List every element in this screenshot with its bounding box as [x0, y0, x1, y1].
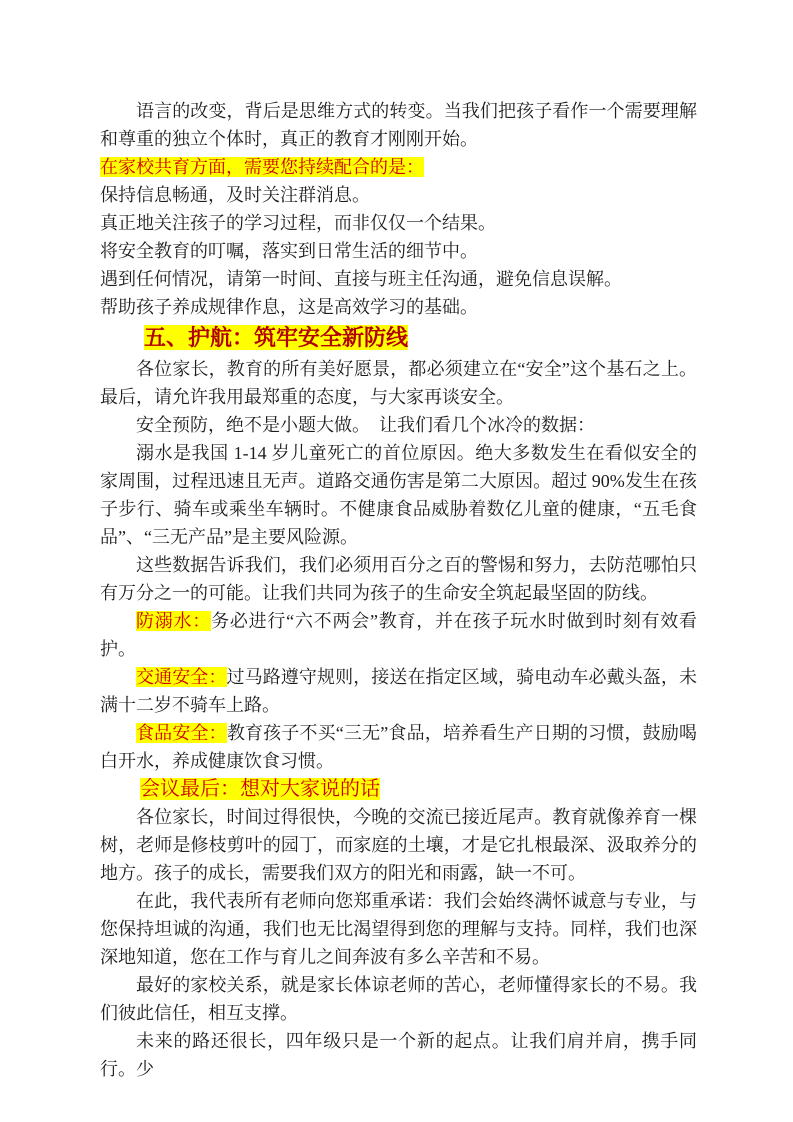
- cooperation-item: 帮助孩子养成规律作息，这是高效学习的基础。: [100, 293, 697, 321]
- section-paragraph: 这些数据告诉我们，我们必须用百分之百的警惕和努力，去防范哪怕只有万分之一的可能。…: [100, 551, 697, 607]
- closing-heading-highlight: 会议最后：想对大家说的话: [140, 778, 380, 800]
- closing-paragraph: 在此，我代表所有老师向您郑重承诺：我们会始终满怀诚意与专业，与您保持坦诚的沟通，…: [100, 887, 697, 971]
- section-heading-highlight: 五、护航：筑牢安全新防线: [144, 325, 408, 350]
- cooperation-item: 将安全教育的叮嘱，落实到日常生活的细节中。: [100, 237, 697, 265]
- closing-heading-line: 会议最后：想对大家说的话: [100, 775, 697, 803]
- cooperation-heading-line: 在家校共育方面，需要您持续配合的是：: [100, 153, 697, 181]
- safety-item-label: 防溺水：: [136, 611, 211, 631]
- safety-item-label: 食品安全：: [136, 723, 227, 743]
- safety-item-food: 食品安全：教育孩子不买“三无”食品，培养看生产日期的习惯，鼓励喝白开水，养成健康…: [100, 719, 697, 775]
- closing-paragraph: 各位家长，时间过得很快，今晚的交流已接近尾声。教育就像养育一棵树，老师是修枝剪叶…: [100, 803, 697, 887]
- cooperation-item: 遇到任何情况，请第一时间、直接与班主任沟通，避免信息误解。: [100, 265, 697, 293]
- safety-item-label: 交通安全：: [136, 667, 227, 687]
- cooperation-heading-highlight: 在家校共育方面，需要您持续配合的是：: [100, 157, 424, 177]
- closing-paragraph: 未来的路还很长，四年级只是一个新的起点。让我们肩并肩，携手同行。少: [100, 1027, 697, 1083]
- section-paragraph: 各位家长，教育的所有美好愿景，都必须建立在“安全”这个基石之上。最后，请允许我用…: [100, 355, 697, 411]
- safety-item-drowning: 防溺水：务必进行“六不两会”教育，并在孩子玩水时做到时刻有效看护。: [100, 607, 697, 663]
- section-paragraph: 溺水是我国 1-14 岁儿童死亡的首位原因。绝大多数发生在看似安全的家周围，过程…: [100, 439, 697, 551]
- closing-paragraph: 最好的家校关系，就是家长体谅老师的苦心，老师懂得家长的不易。我们彼此信任，相互支…: [100, 971, 697, 1027]
- document-page: 语言的改变，背后是思维方式的转变。当我们把孩子看作一个需要理解和尊重的独立个体时…: [0, 0, 793, 1122]
- cooperation-item: 保持信息畅通，及时关注群消息。: [100, 181, 697, 209]
- intro-paragraph: 语言的改变，背后是思维方式的转变。当我们把孩子看作一个需要理解和尊重的独立个体时…: [100, 97, 697, 153]
- section-paragraph: 安全预防，绝不是小题大做。 让我们看几个冰冷的数据：: [100, 411, 697, 439]
- section-heading-line: 五、护航：筑牢安全新防线: [100, 321, 697, 355]
- safety-item-traffic: 交通安全：过马路遵守规则，接送在指定区域，骑电动车必戴头盔，未满十二岁不骑车上路…: [100, 663, 697, 719]
- cooperation-item: 真正地关注孩子的学习过程，而非仅仅一个结果。: [100, 209, 697, 237]
